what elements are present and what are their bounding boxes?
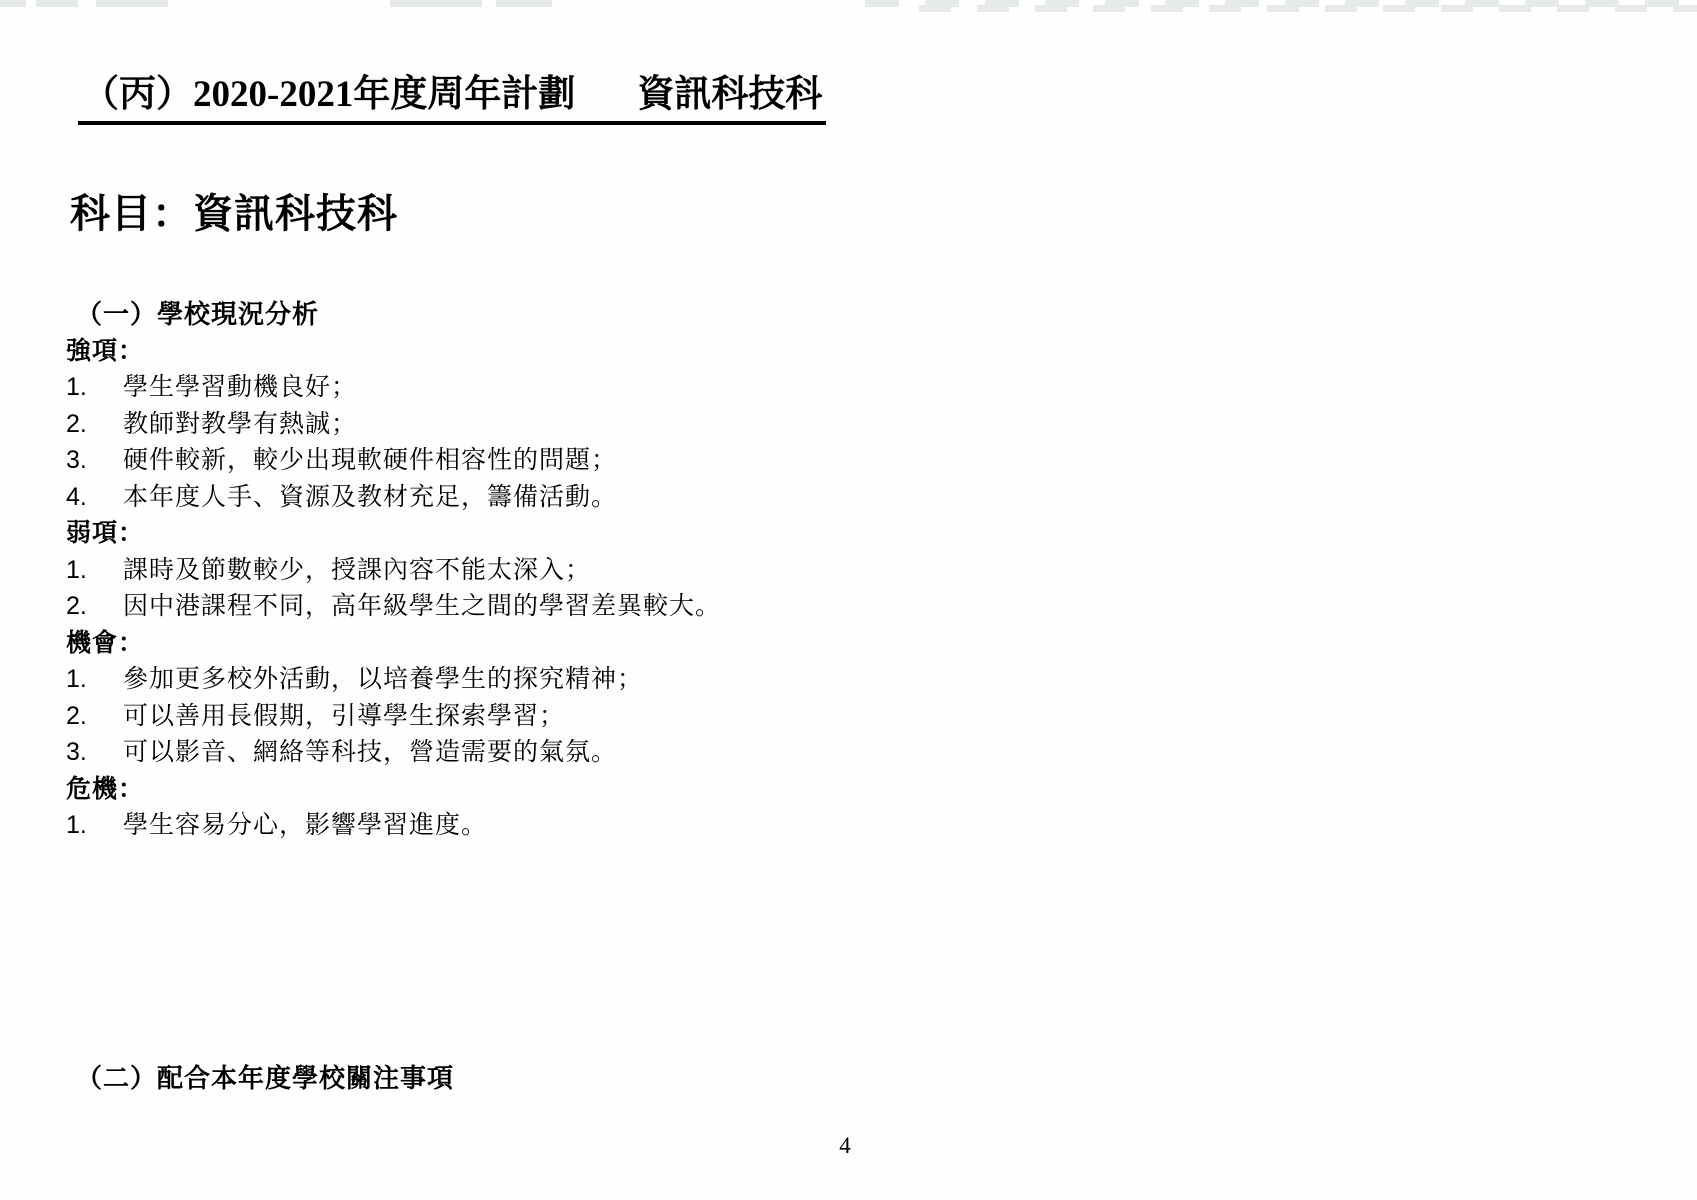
list-item: 3.可以影音、網絡等科技，營造需要的氣氛。	[66, 734, 721, 771]
item-number: 3.	[66, 734, 123, 771]
item-text: 學生學習動機良好；	[123, 373, 357, 401]
item-number: 1.	[66, 807, 123, 844]
page-number: 4	[0, 1133, 1690, 1159]
document-page: （丙）2020-2021年度周年計劃資訊科技科 科目：資訊科技科 （一）學校現況…	[0, 0, 1697, 1200]
item-number: 2.	[66, 588, 123, 625]
document-title: （丙）2020-2021年度周年計劃資訊科技科	[78, 74, 826, 125]
list-item: 1.學生容易分心，影響學習進度。	[66, 807, 721, 844]
item-number: 1.	[66, 552, 123, 589]
item-text: 學生容易分心，影響學習進度。	[123, 811, 487, 839]
list-item: 2.可以善用長假期，引導學生探索學習；	[66, 698, 721, 735]
document-title-left: （丙）2020-2021年度周年計劃	[82, 74, 575, 115]
item-text: 教師對教學有熱誠；	[123, 410, 357, 438]
list-item: 1.課時及節數較少，授課內容不能太深入；	[66, 552, 721, 589]
item-text: 因中港課程不同，高年級學生之間的學習差異較大。	[123, 592, 721, 620]
item-number: 2.	[66, 698, 123, 735]
subject-heading: 科目：資訊科技科	[70, 192, 398, 236]
group-label-opportunities: 機會：	[66, 625, 721, 662]
item-number: 1.	[66, 369, 123, 406]
section-two-heading: （二）配合本年度學校關注事項	[76, 1062, 454, 1094]
section-one: （一）學校現況分析 強項： 1.學生學習動機良好； 2.教師對教學有熱誠； 3.…	[66, 296, 721, 844]
list-item: 1.學生學習動機良好；	[66, 369, 721, 406]
item-text: 課時及節數較少，授課內容不能太深入；	[123, 556, 591, 584]
list-item: 4.本年度人手、資源及教材充足，籌備活動。	[66, 479, 721, 516]
item-number: 2.	[66, 406, 123, 443]
section-one-heading: （一）學校現況分析	[66, 296, 721, 333]
item-text: 可以善用長假期，引導學生探索學習；	[123, 702, 565, 730]
item-text: 參加更多校外活動，以培養學生的探究精神；	[123, 665, 643, 693]
item-number: 3.	[66, 442, 123, 479]
item-text: 本年度人手、資源及教材充足，籌備活動。	[123, 483, 617, 511]
list-item: 3.硬件較新，較少出現軟硬件相容性的問題；	[66, 442, 721, 479]
group-label-strengths: 強項：	[66, 333, 721, 370]
group-label-threats: 危機：	[66, 771, 721, 808]
list-item: 1.參加更多校外活動，以培養學生的探究精神；	[66, 661, 721, 698]
list-item: 2.因中港課程不同，高年級學生之間的學習差異較大。	[66, 588, 721, 625]
list-item: 2.教師對教學有熱誠；	[66, 406, 721, 443]
item-text: 硬件較新，較少出現軟硬件相容性的問題；	[123, 446, 617, 474]
group-label-weaknesses: 弱項：	[66, 515, 721, 552]
document-title-right: 資訊科技科	[637, 74, 822, 115]
item-number: 4.	[66, 479, 123, 516]
item-text: 可以影音、網絡等科技，營造需要的氣氛。	[123, 738, 617, 766]
item-number: 1.	[66, 661, 123, 698]
